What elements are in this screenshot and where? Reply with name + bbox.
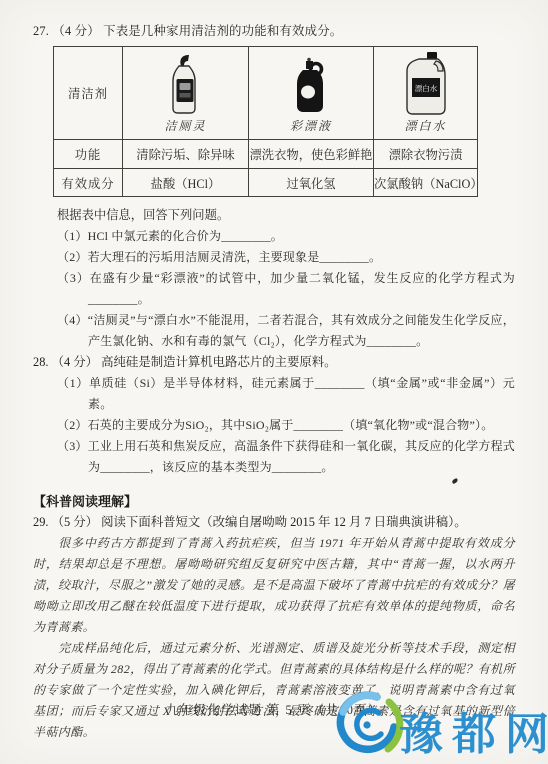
ingredient-toilet-cleaner: 盐酸（HCl）: [123, 169, 249, 197]
watermark-site-name: 豫都网: [399, 710, 547, 759]
cleaners-table-wrap: 清洁剂 洁厕灵: [53, 46, 515, 197]
watermark: 豫都网: [335, 688, 547, 762]
q28-item-1: （1）单质硅（Si）是半导体材料，硅元素属于________（填“金属”或“非金…: [57, 373, 515, 415]
q27-item-1: （1）HCl 中氯元素的化合价为________。: [57, 226, 515, 247]
ingredient-bleach: 次氯酸钠（NaClO）: [374, 169, 478, 197]
section-title-science-reading: 【科普阅读理解】: [33, 491, 515, 512]
q29-heading: 29. （5 分） 阅读下面科普短文（改编自屠呦呦 2015 年 12 月 7 …: [33, 512, 515, 533]
watermark-swirl-icon: [340, 695, 399, 749]
cleaners-table: 清洁剂 洁厕灵: [53, 46, 478, 197]
table-row-ingredient: 有效成分 盐酸（HCl） 过氧化氢 次氯酸钠（NaClO）: [54, 169, 478, 197]
product-cell-color-bleach: 彩漂液: [249, 47, 374, 140]
product-cell-toilet-cleaner: 洁厕灵: [123, 47, 249, 140]
exam-paper-page: 27. （4 分） 下表是几种家用清洁剂的功能和有效成分。 清洁剂: [0, 0, 548, 764]
q28-heading: 28. （4 分） 高纯硅是制造计算机电路芯片的主要原料。: [33, 352, 515, 373]
q27-item-3: （3）在盛有少量“彩漂液”的试管中，加少量二氧化锰，发生反应的化学方程式为___…: [57, 268, 515, 310]
product-name: 漂白水: [374, 115, 477, 139]
q27-item-4: （4）“洁厕灵”与“漂白水”不能混用，二者若混合，其有效成分之间能发生化学反应，…: [57, 310, 515, 352]
ingredient-color-bleach: 过氧化氢: [249, 169, 374, 197]
q27-heading: 27. （4 分） 下表是几种家用清洁剂的功能和有效成分。: [33, 21, 515, 42]
toilet-cleaner-bottle-icon: [123, 47, 248, 115]
passage-paragraph-1: 很多中药古方都提到了青蒿入药抗疟疾，但当 1971 年开始从青蒿中提取有效成分时…: [33, 533, 515, 638]
page-content: 27. （4 分） 下表是几种家用清洁剂的功能和有效成分。 清洁剂: [33, 21, 515, 743]
row-label-ingredient: 有效成分: [54, 169, 123, 197]
q28-item-2: （2）石英的主要成分为SiO₂，其中SiO₂属于________（填“氧化物”或…: [57, 415, 515, 436]
q27-items: （1）HCl 中氯元素的化合价为________。 （2）若大理石的污垢用洁厕灵…: [57, 226, 515, 352]
function-bleach: 漂除衣物污渍: [374, 140, 478, 169]
color-bleach-bottle-icon: [249, 47, 373, 115]
row-label-function: 功能: [54, 140, 123, 169]
product-name: 彩漂液: [249, 115, 373, 139]
q27-intro: 根据表中信息，回答下列问题。: [57, 205, 515, 226]
q28-item-3: （3）工业上用石英和焦炭反应，高温条件下获得硅和一氧化碳，其反应的化学方程式为_…: [57, 436, 515, 478]
table-row-products: 清洁剂 洁厕灵: [54, 47, 478, 140]
row-label-cleaner: 清洁剂: [54, 47, 123, 140]
q27-item-2: （2）若大理石的污垢用洁厕灵清洗，主要现象是________。: [57, 247, 515, 268]
product-name: 洁厕灵: [123, 115, 248, 139]
bleach-jug-label-text: 漂白水: [414, 83, 437, 93]
bleach-jug-icon: 漂白水: [374, 47, 477, 115]
function-toilet-cleaner: 清除污垢、除异味: [123, 140, 249, 169]
table-row-function: 功能 清除污垢、除异味 漂洗衣物，使色彩鲜艳 漂除衣物污渍: [54, 140, 478, 169]
q28-items: （1）单质硅（Si）是半导体材料，硅元素属于________（填“金属”或“非金…: [57, 373, 515, 478]
product-cell-bleach: 漂白水 漂白水: [374, 47, 478, 140]
function-color-bleach: 漂洗衣物，使色彩鲜艳: [249, 140, 374, 169]
